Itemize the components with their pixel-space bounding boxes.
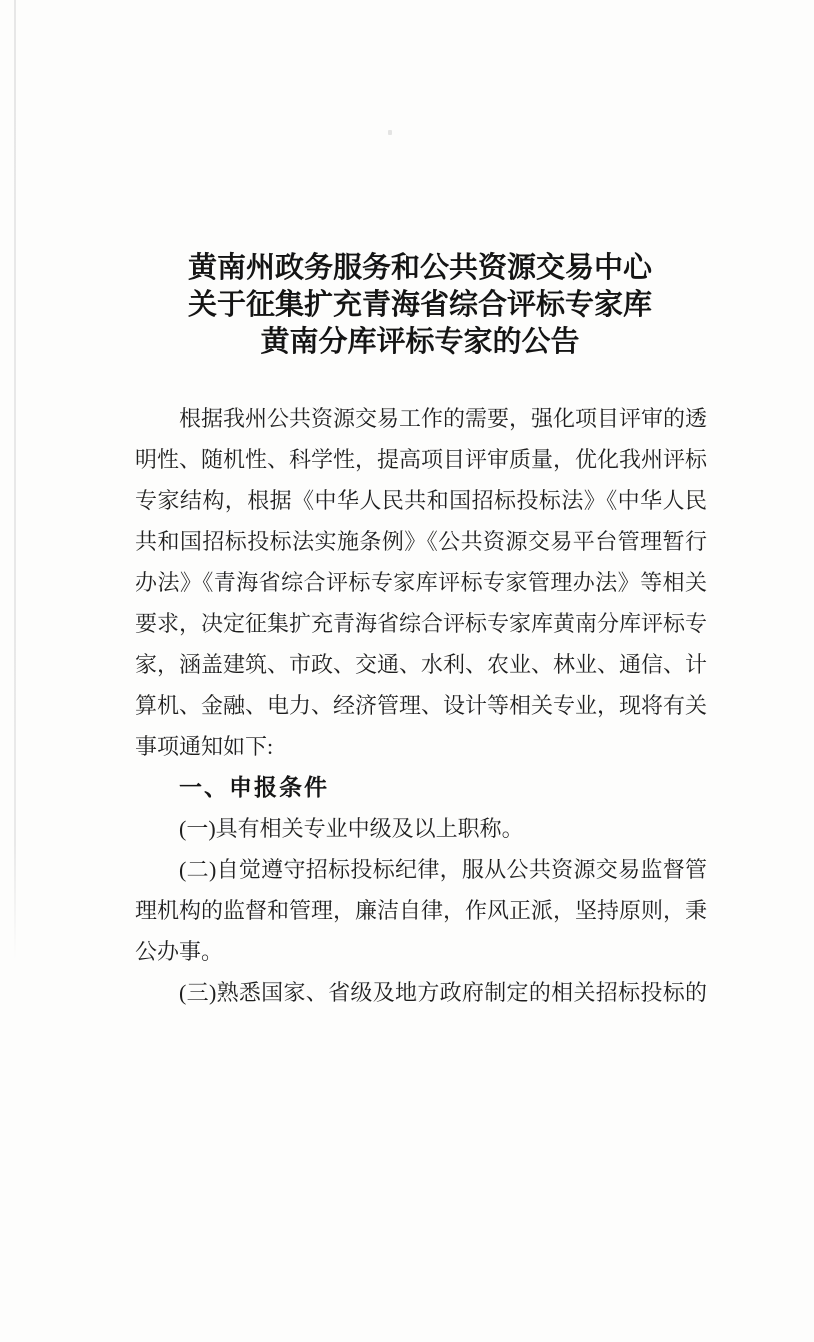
text-line: (一)具有相关专业中级及以上职称。 — [135, 808, 707, 849]
text-line: 公办事。 — [135, 931, 707, 972]
text-line: 根据我州公共资源交易工作的需要，强化项目评审的透 — [135, 398, 707, 439]
document-title: 黄南州政务服务和公共资源交易中心 关于征集扩充青海省综合评标专家库 黄南分库评标… — [128, 250, 712, 361]
text-line: 专家结构，根据《中华人民共和国招标投标法》《中华人民 — [135, 480, 707, 521]
document-body: 根据我州公共资源交易工作的需要，强化项目评审的透明性、随机性、科学性，提高项目评… — [135, 398, 707, 1013]
text-line: 办法》《青海省综合评标专家库评标专家管理办法》等相关 — [135, 562, 707, 603]
scanned-document-page: 黄南州政务服务和公共资源交易中心 关于征集扩充青海省综合评标专家库 黄南分库评标… — [0, 0, 814, 1342]
text-line: (三)熟悉国家、省级及地方政府制定的相关招标投标的 — [135, 972, 707, 1013]
text-line: (二)自觉遵守招标投标纪律，服从公共资源交易监督管 — [135, 849, 707, 890]
text-line: 事项通知如下: — [135, 726, 707, 767]
scan-artifact-speck — [388, 130, 392, 135]
text-line: 要求，决定征集扩充青海省综合评标专家库黄南分库评标专 — [135, 603, 707, 644]
section-heading: 一、申报条件 — [135, 767, 707, 808]
title-line: 黄南州政务服务和公共资源交易中心 — [128, 250, 712, 287]
scan-artifact-line — [14, 0, 16, 960]
text-line: 共和国招标投标法实施条例》《公共资源交易平台管理暂行 — [135, 521, 707, 562]
text-line: 家，涵盖建筑、市政、交通、水利、农业、林业、通信、计 — [135, 644, 707, 685]
text-line: 明性、随机性、科学性，提高项目评审质量，优化我州评标 — [135, 439, 707, 480]
title-line: 关于征集扩充青海省综合评标专家库 — [128, 287, 712, 324]
title-line: 黄南分库评标专家的公告 — [128, 324, 712, 361]
text-line: 算机、金融、电力、经济管理、设计等相关专业，现将有关 — [135, 685, 707, 726]
text-line: 理机构的监督和管理，廉洁自律，作风正派，坚持原则，秉 — [135, 890, 707, 931]
